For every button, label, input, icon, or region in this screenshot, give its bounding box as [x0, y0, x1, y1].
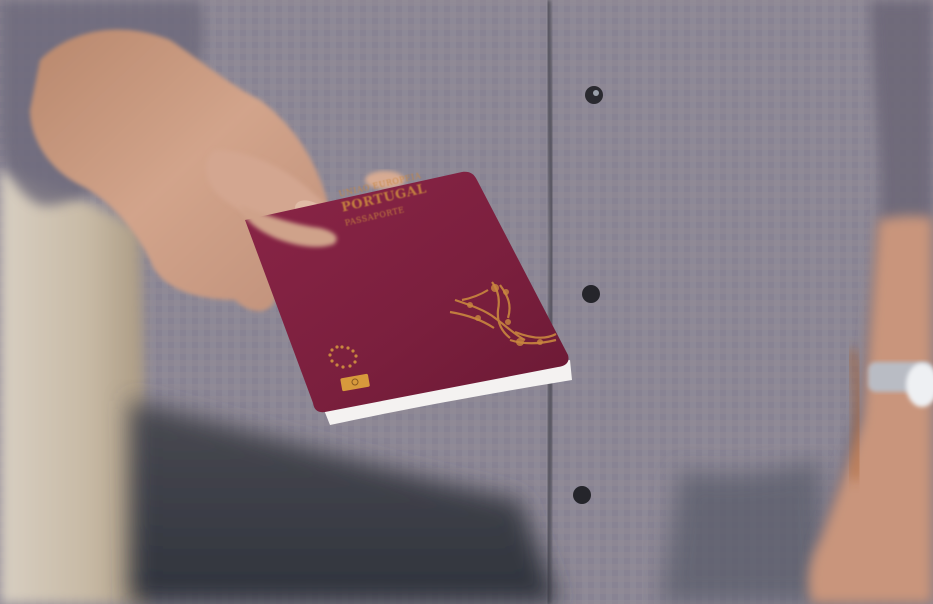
photo-background — [0, 0, 933, 604]
shirt-button — [582, 285, 600, 303]
wall — [0, 170, 150, 604]
photo-scene: UNIÃO EUROPEIA PORTUGAL PASSAPORTE — [0, 0, 933, 604]
shirt-button — [573, 486, 591, 504]
